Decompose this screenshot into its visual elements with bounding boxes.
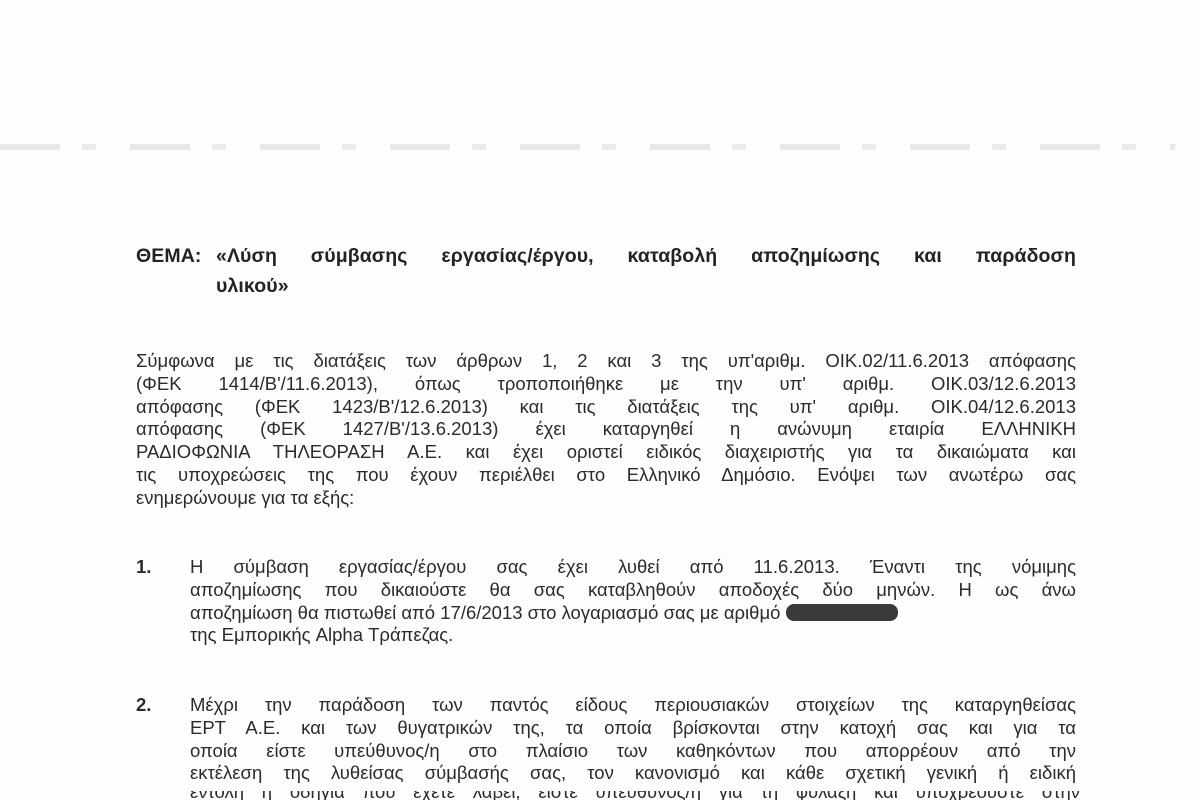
redacted-account-number <box>786 604 898 621</box>
item-line: εκτέλεση της λυθείσας σύμβασής σας, τον … <box>190 762 1076 785</box>
item-line: Μέχρι την παράδοση των παντός είδους περ… <box>190 694 1076 717</box>
cut-off-line-text: εντολή ή οδηγία που έχετε λάβει, είστε υ… <box>190 791 1080 800</box>
item-line: της Εμπορικής Alpha Τράπεζας. <box>190 624 1076 647</box>
subject-line-1: ΘΕΜΑ: «Λύση σύμβασης εργασίας/έργου, κατ… <box>136 241 1076 271</box>
intro-line: ΡΑΔΙΟΦΩΝΙΑ ΤΗΛΕΟΡΑΣΗ Α.Ε. και έχει οριστ… <box>136 441 1076 464</box>
intro-line: ενημερώνουμε για τα εξής: <box>136 487 1076 510</box>
intro-line: (ΦΕΚ 1414/Β'/11.6.2013), όπως τροποποιήθ… <box>136 373 1076 396</box>
item-line-with-account: αποζημίωση θα πιστωθεί από 17/6/2013 στο… <box>190 602 1076 625</box>
subject-label: ΘΕΜΑ: <box>136 241 216 271</box>
intro-line: Σύμφωνα με τις διατάξεις των άρθρων 1, 2… <box>136 350 1076 373</box>
item-body: Μέχρι την παράδοση των παντός είδους περ… <box>190 694 1076 785</box>
item-number: 2. <box>136 694 151 717</box>
scanned-letter-page: ΘΕΜΑ: «Λύση σύμβασης εργασίας/έργου, κατ… <box>0 0 1200 800</box>
subject-heading: ΘΕΜΑ: «Λύση σύμβασης εργασίας/έργου, κατ… <box>136 241 1076 301</box>
item-body: Η σύμβαση εργασίας/έργου σας έχει λυθεί … <box>190 556 1076 647</box>
item-line: Η σύμβαση εργασίας/έργου σας έχει λυθεί … <box>190 556 1076 579</box>
item-number: 1. <box>136 556 151 579</box>
intro-line: απόφασης (ΦΕΚ 1427/Β'/13.6.2013) έχει κα… <box>136 418 1076 441</box>
item-line-text: αποζημίωση θα πιστωθεί από 17/6/2013 στο… <box>190 602 780 623</box>
intro-line: τις υποχρεώσεις της που έχουν περιέλθει … <box>136 464 1076 487</box>
intro-paragraph: Σύμφωνα με τις διατάξεις των άρθρων 1, 2… <box>136 350 1076 510</box>
item-line: αποζημίωσης που δικαιούστε θα σας καταβλ… <box>190 579 1076 602</box>
subject-text: «Λύση σύμβασης εργασίας/έργου, καταβολή … <box>216 241 1076 271</box>
intro-line: απόφασης (ΦΕΚ 1423/Β'/12.6.2013) και τις… <box>136 396 1076 419</box>
item-line: οποία είστε υπεύθυνος/η στο πλαίσιο των … <box>190 740 1076 763</box>
cut-off-line: εντολή ή οδηγία που έχετε λάβει, είστε υ… <box>190 791 1080 800</box>
item-line: ΕΡΤ Α.Ε. και των θυγατρικών της, τα οποί… <box>190 717 1076 740</box>
faint-letterhead-rule <box>0 144 1175 150</box>
subject-line-2: υλικού» <box>136 271 1076 301</box>
